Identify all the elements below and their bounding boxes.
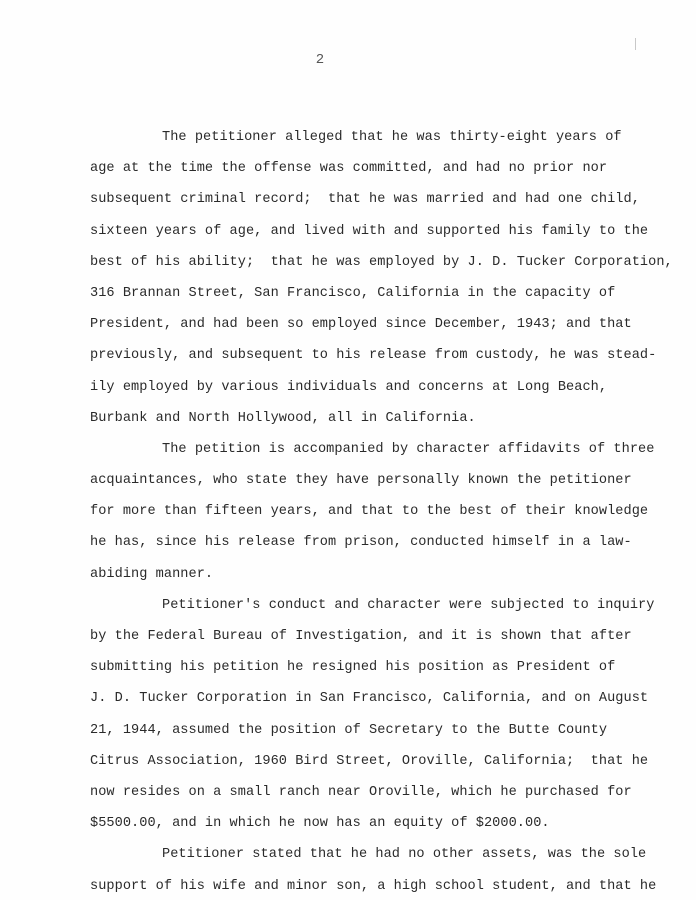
text-line: now resides on a small ranch near Orovil… (90, 777, 650, 808)
text-line: Petitioner's conduct and character were … (90, 590, 650, 621)
text-line: 316 Brannan Street, San Francisco, Calif… (90, 278, 650, 309)
text-line: abiding manner. (90, 559, 650, 590)
text-line: sixteen years of age, and lived with and… (90, 216, 650, 247)
text-line: Citrus Association, 1960 Bird Street, Or… (90, 746, 650, 777)
text-line: The petition is accompanied by character… (90, 434, 650, 465)
text-line: support of his wife and minor son, a hig… (90, 871, 650, 900)
text-line: he has, since his release from prison, c… (90, 527, 650, 558)
paragraph-4: Petitioner stated that he had no other a… (90, 839, 650, 900)
text-line: by the Federal Bureau of Investigation, … (90, 621, 650, 652)
text-line: Burbank and North Hollywood, all in Cali… (90, 403, 650, 434)
text-line: previously, and subsequent to his releas… (90, 340, 650, 371)
text-line: submitting his petition he resigned his … (90, 652, 650, 683)
text-line: age at the time the offense was committe… (90, 153, 650, 184)
margin-mark (635, 38, 636, 50)
page-number: 2 (0, 52, 640, 68)
paragraph-2: The petition is accompanied by character… (90, 434, 650, 590)
text-line: ily employed by various individuals and … (90, 372, 650, 403)
body-text: The petitioner alleged that he was thirt… (90, 122, 650, 900)
text-line: 21, 1944, assumed the position of Secret… (90, 715, 650, 746)
text-line: The petitioner alleged that he was thirt… (90, 122, 650, 153)
text-line: $5500.00, and in which he now has an equ… (90, 808, 650, 839)
paragraph-1: The petitioner alleged that he was thirt… (90, 122, 650, 434)
text-line: acquaintances, who state they have perso… (90, 465, 650, 496)
text-line: for more than fifteen years, and that to… (90, 496, 650, 527)
text-line: subsequent criminal record; that he was … (90, 184, 650, 215)
paragraph-3: Petitioner's conduct and character were … (90, 590, 650, 840)
text-line: President, and had been so employed sinc… (90, 309, 650, 340)
text-line: best of his ability; that he was employe… (90, 247, 650, 278)
text-line: J. D. Tucker Corporation in San Francisc… (90, 683, 650, 714)
document-page: 2 The petitioner alleged that he was thi… (0, 0, 696, 900)
text-line: Petitioner stated that he had no other a… (90, 839, 650, 870)
